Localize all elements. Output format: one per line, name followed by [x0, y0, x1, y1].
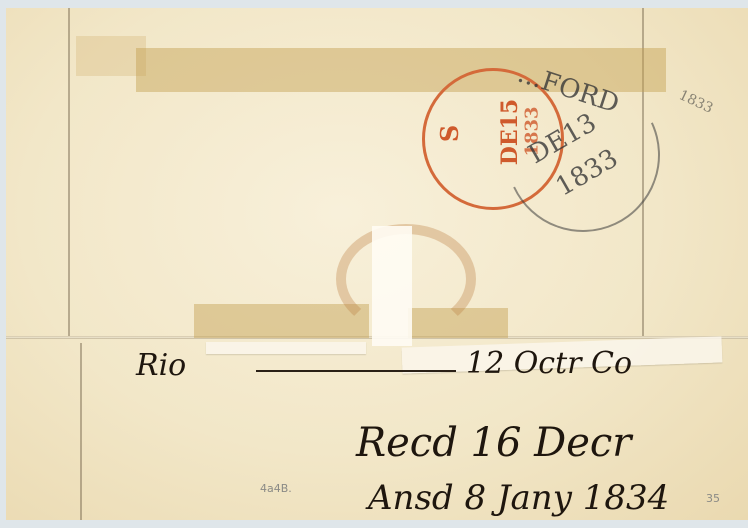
tape-stain-bottom-left — [194, 304, 369, 338]
letter-sheet: S DE15 1833 ...FORD DE13 1833 1833 Rio 1… — [6, 8, 748, 520]
fold-line-left — [68, 8, 70, 338]
docket-received: Recd 16 Decr — [356, 420, 631, 466]
seal-tear — [372, 226, 412, 346]
pencil-reference: 4a4B. — [260, 482, 292, 495]
pencil-page-number: 35 — [706, 492, 720, 505]
docket-dash — [256, 370, 456, 372]
paper-flap-1 — [206, 342, 366, 354]
docket-answered: Ansd 8 Jany 1834 — [368, 478, 669, 518]
partial-postmark: 1833 — [676, 87, 715, 117]
fold-line-lower-left — [80, 343, 82, 520]
docket-origin: Rio — [136, 348, 186, 383]
red-postmark-letter: S — [435, 125, 464, 142]
tape-stain-top-left — [76, 36, 146, 76]
docket-date-written: 12 Octr Co — [466, 346, 632, 381]
